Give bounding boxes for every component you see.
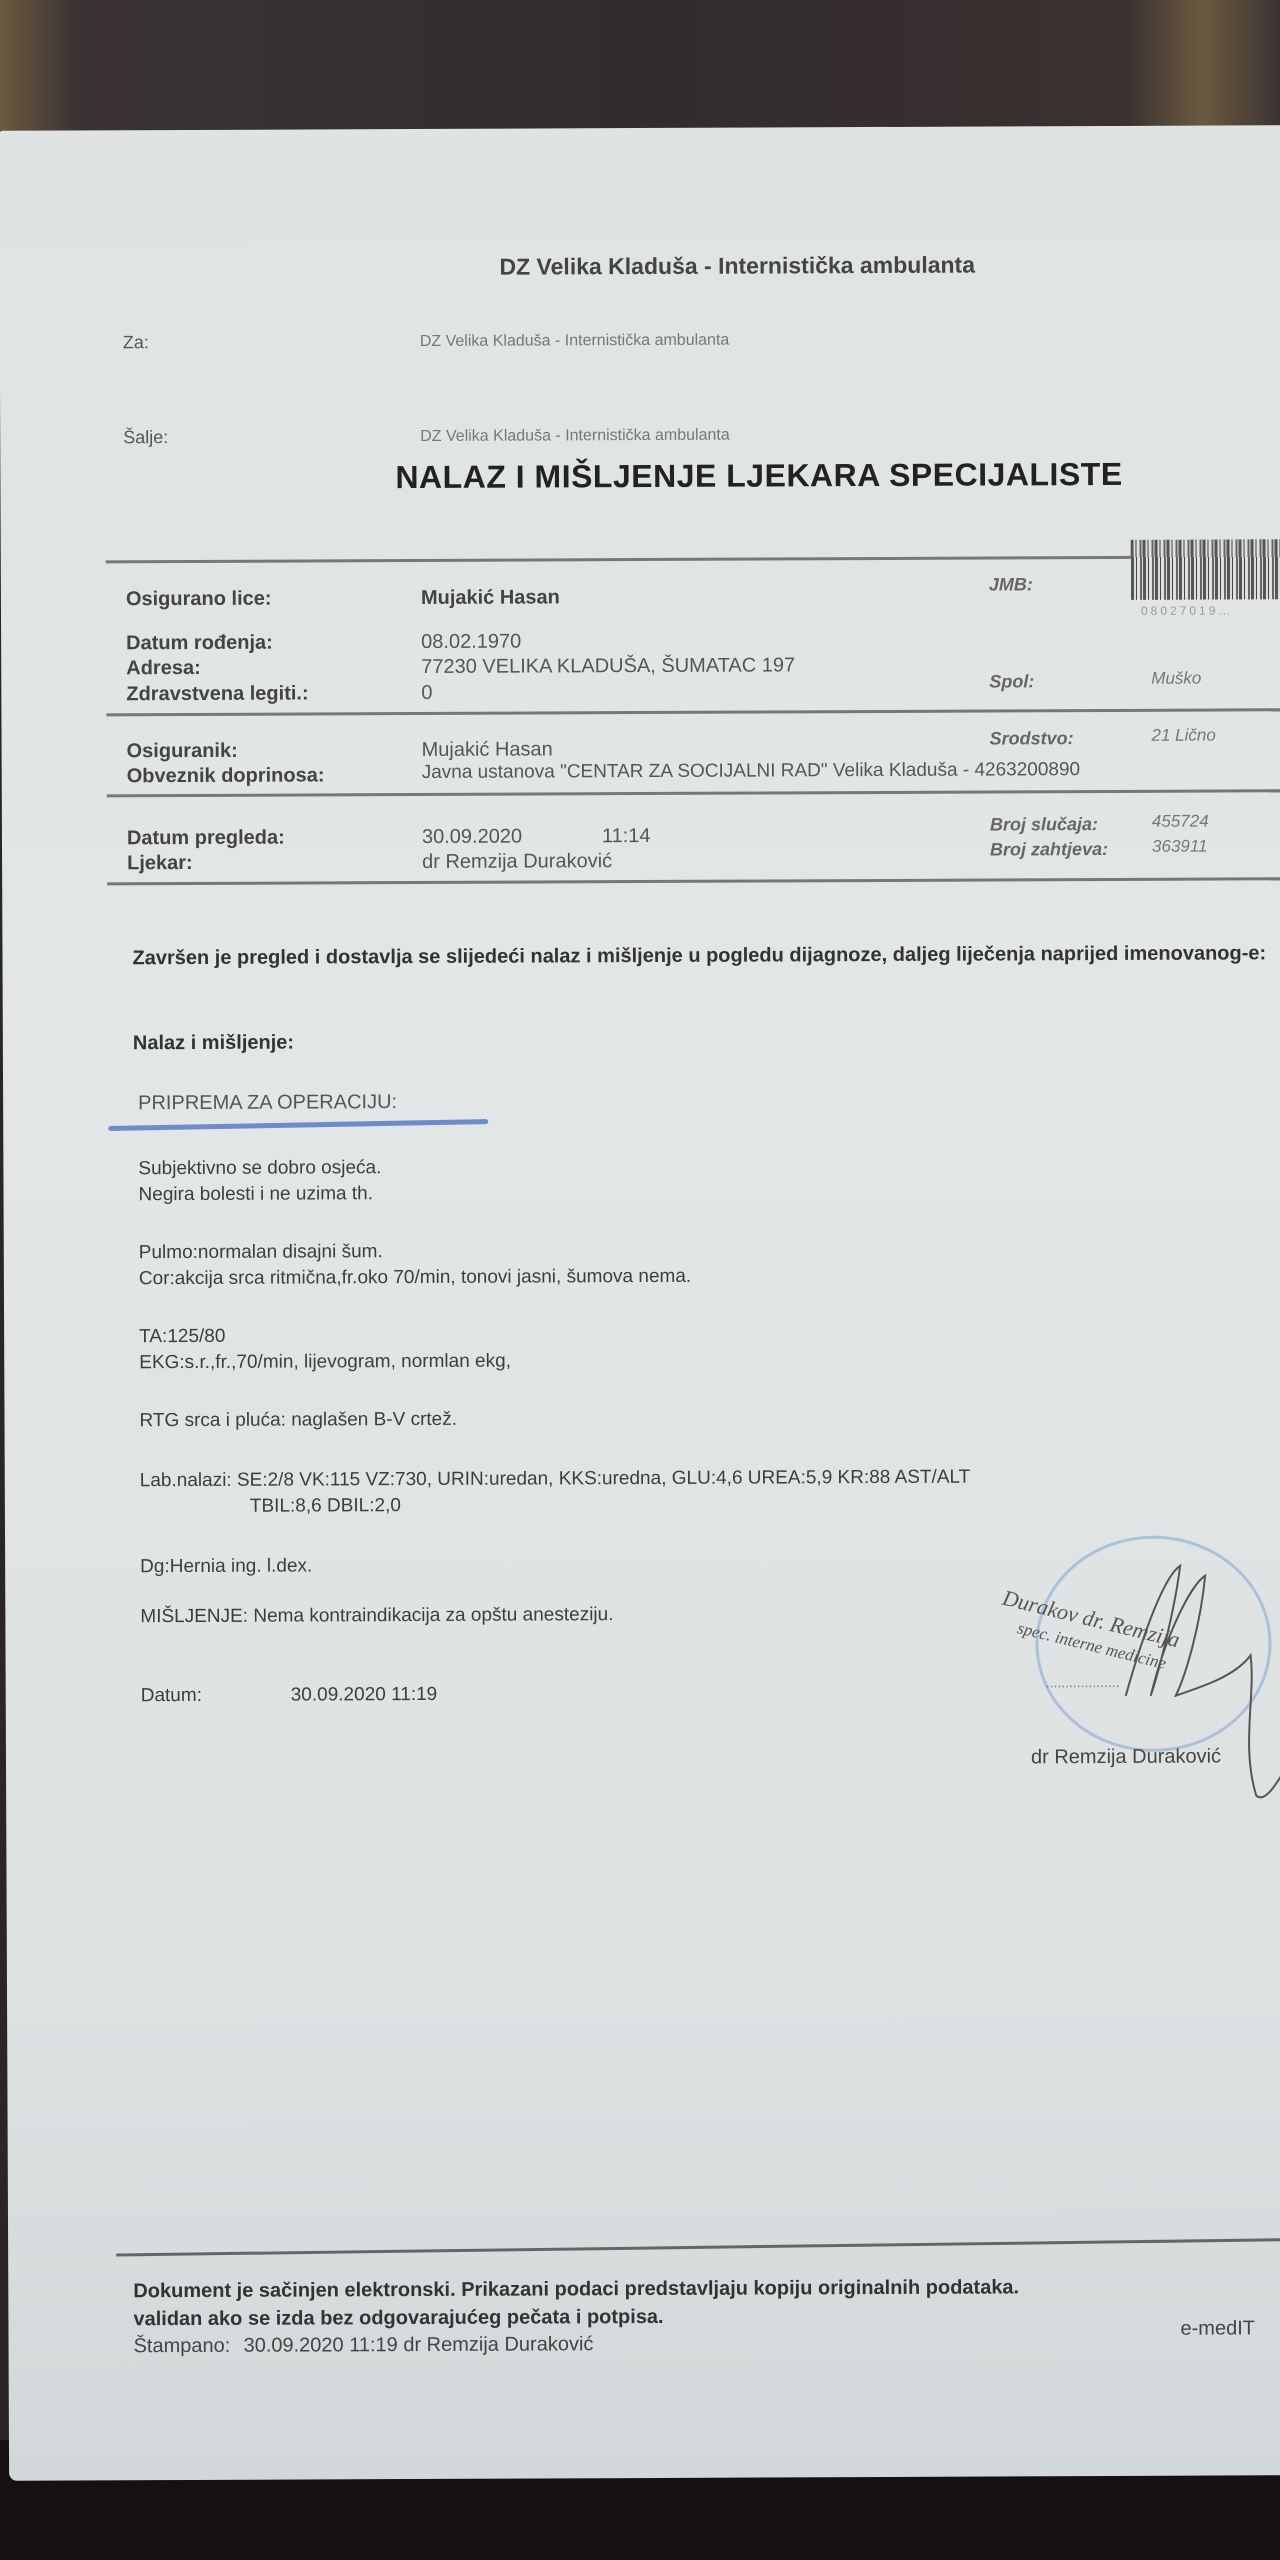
divider: [107, 789, 1280, 797]
printed-label: Štampano:: [133, 2335, 230, 2358]
relation-label: Srodstvo:: [989, 728, 1073, 749]
insured-label: Osiguranik:: [127, 740, 238, 763]
insured-person-label: Osigurano lice:: [126, 588, 272, 612]
birth-date-value: 08.02.1970: [421, 631, 521, 654]
report-line: TA:125/80: [139, 1326, 225, 1348]
report-line: RTG srca i pluća: naglašen B-V crtež.: [139, 1409, 457, 1432]
jmb-barcode: [1131, 539, 1280, 600]
report-line: Negira bolesti i ne uzima th.: [138, 1183, 373, 1206]
doctor-label: Ljekar:: [127, 852, 193, 875]
exam-time-value: 11:14: [602, 825, 651, 848]
report-line: Pulmo:normalan disajni šum.: [139, 1241, 383, 1264]
divider: [106, 555, 1280, 563]
printed-value: 30.09.2020 11:19 dr Remzija Duraković: [243, 2333, 593, 2358]
report-date-value: 30.09.2020 11:19: [291, 1684, 438, 1707]
exam-date-value: 30.09.2020: [422, 826, 522, 849]
address-label: Adresa:: [126, 657, 201, 680]
from-label: Šalje:: [123, 427, 168, 448]
insured-value: Mujakić Hasan: [422, 738, 553, 762]
report-intro: Završen je pregled i dostavlja se slijed…: [132, 937, 1280, 975]
request-number-label: Broj zahtjeva:: [990, 839, 1108, 861]
handwritten-signature: [1065, 1545, 1280, 1816]
signature-name: dr Remzija Duraković: [1031, 1746, 1221, 1770]
jmb-label: JMB:: [989, 574, 1033, 595]
footer-notice-line-2: validan ako se izda bez odgovarajućeg pe…: [133, 2306, 663, 2331]
address-value: 77230 VELIKA KLADUŠA, ŠUMATAC 197: [421, 654, 795, 679]
report-heading: PRIPREMA ZA OPERACIJU:: [138, 1091, 397, 1115]
report-date-label: Datum:: [141, 1685, 202, 1707]
divider: [107, 877, 1280, 885]
doctor-value: dr Remzija Duraković: [422, 850, 612, 874]
section-label: Nalaz i mišljenje:: [133, 1032, 294, 1056]
insured-person-value: Mujakić Hasan: [421, 586, 560, 610]
relation-value: 21 Lično: [1151, 726, 1215, 746]
report-line: Lab.nalazi: SE:2/8 VK:115 VZ:730, URIN:u…: [140, 1467, 971, 1493]
sex-label: Spol:: [989, 671, 1034, 692]
institution-header: DZ Velika Kladuša - Internistička ambula…: [499, 252, 975, 281]
background-top: [0, 0, 1280, 140]
divider: [106, 708, 1280, 716]
case-number-value: 455724: [1152, 812, 1209, 832]
contributor-label: Obveznik doprinosa:: [127, 764, 325, 788]
health-id-value: 0: [421, 682, 432, 705]
report-line: Cor:akcija srca ritmična,fr.oko 70/min, …: [139, 1266, 691, 1290]
request-number-value: 363911: [1152, 837, 1208, 857]
sex-value: Muško: [1151, 669, 1201, 689]
report-line: MIŠLJENJE: Nema kontraindikacija za opšt…: [140, 1604, 613, 1628]
to-value: DZ Velika Kladuša - Internistička ambula…: [420, 332, 730, 351]
report-line: EKG:s.r.,fr.,70/min, lijevogram, normlan…: [139, 1351, 511, 1375]
report-line: Dg:Hernia ing. l.dex.: [140, 1555, 312, 1578]
birth-date-label: Datum rođenja:: [126, 632, 273, 656]
footer-divider: [116, 2238, 1280, 2257]
jmb-barcode-digits: 08027019…: [1141, 603, 1233, 617]
system-name: e-medIT: [1180, 2317, 1255, 2340]
contributor-value: Javna ustanova "CENTAR ZA SOCIJALNI RAD"…: [422, 759, 1081, 784]
report-line: Subjektivno se dobro osjeća.: [138, 1157, 381, 1180]
report-line: TBIL:8,6 DBIL:2,0: [250, 1495, 401, 1518]
pen-underline: [108, 1119, 488, 1131]
from-value: DZ Velika Kladuša - Internistička ambula…: [420, 427, 730, 446]
exam-date-label: Datum pregleda:: [127, 827, 285, 851]
footer-notice-line-1: Dokument je sačinjen elektronski. Prikaz…: [133, 2276, 1019, 2303]
medical-report-paper: DZ Velika Kladuša - Internistička ambula…: [0, 125, 1280, 2481]
to-label: Za:: [123, 332, 149, 353]
case-number-label: Broj slučaja:: [990, 814, 1098, 835]
document-title: NALAZ I MIŠLJENJE LJEKARA SPECIJALISTE: [395, 456, 1122, 496]
health-id-label: Zdravstvena legiti.:: [126, 682, 308, 706]
